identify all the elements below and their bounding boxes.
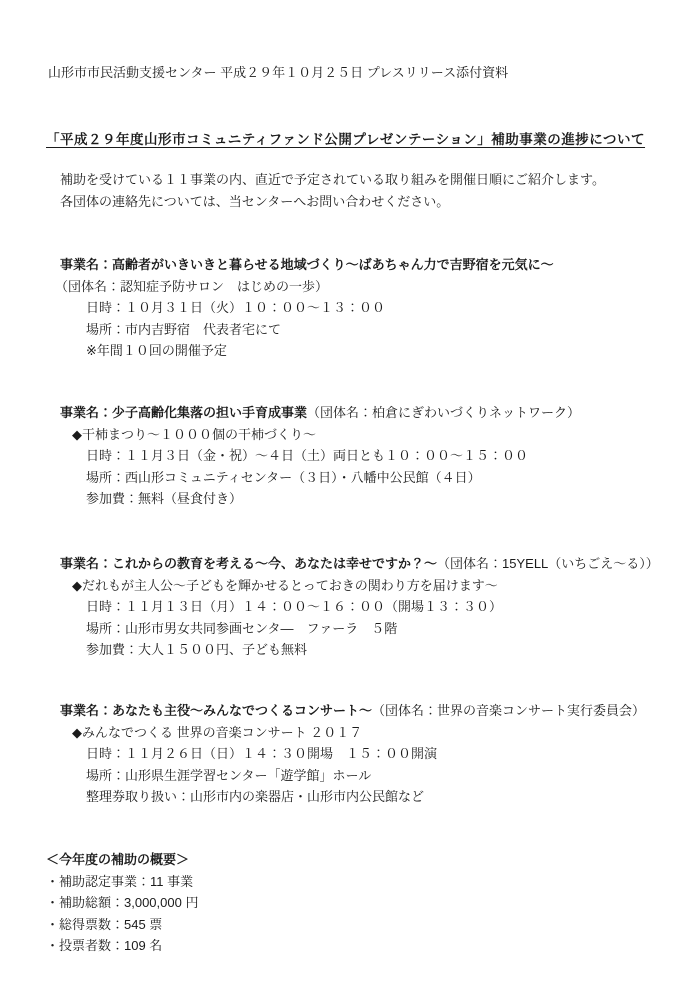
project-name: 事業名：あなたも主役～みんなでつくるコンサート～（団体名：世界の音楽コンサート実… — [60, 700, 645, 722]
project-datetime: 日時：１０月３１日（火）１０：００～１３：００ — [86, 297, 554, 319]
project-subtitle: ◆だれもが主人公～子どもを輝かせるとっておきの関わり方を届けます～ — [72, 575, 659, 597]
project-section-3: 事業名：これからの教育を考える～今、あなたは幸せですか？～（団体名：15YELL… — [60, 553, 659, 661]
summary-item-total-votes: ・総得票数：545 票 — [46, 914, 198, 936]
project-name-text: 事業名：あなたも主役～みんなでつくるコンサート～ — [60, 703, 372, 718]
document-header: 山形市市民活動支援センター 平成２９年１０月２５日 プレスリリース添付資料 — [48, 64, 508, 81]
project-name: 事業名：これからの教育を考える～今、あなたは幸せですか？～（団体名：15YELL… — [60, 553, 659, 575]
project-place: 場所：市内吉野宿 代表者宅にて — [86, 319, 554, 341]
project-fee: 参加費：無料（昼食付き） — [86, 488, 580, 510]
intro-line: 補助を受けている１１事業の内、直近で予定されている取り組みを開催日順にご紹介しま… — [60, 169, 605, 191]
project-tickets: 整理券取り扱い：山形市内の楽器店・山形市内公民館など — [86, 786, 645, 808]
project-place: 場所：山形市男女共同参画センタ― ファーラ ５階 — [86, 618, 659, 640]
project-name: 事業名：少子高齢化集落の担い手育成事業（団体名：柏倉にぎわいづくりネットワーク） — [60, 402, 580, 424]
summary-item-approved-projects: ・補助認定事業：11 事業 — [46, 871, 198, 893]
press-release-document: 山形市市民活動支援センター 平成２９年１０月２５日 プレスリリース添付資料 「平… — [0, 0, 700, 989]
intro-paragraph: 補助を受けている１１事業の内、直近で予定されている取り組みを開催日順にご紹介しま… — [60, 169, 605, 212]
summary-item-voter-count: ・投票者数：109 名 — [46, 935, 198, 957]
summary-section: ＜今年度の補助の概要＞ ・補助認定事業：11 事業 ・補助総額：3,000,00… — [46, 849, 198, 957]
project-datetime: 日時：１１月１３日（月）１４：００～１６：００（開場１３：３０） — [86, 596, 659, 618]
project-fee: 参加費：大人１５００円、子ども無料 — [86, 639, 659, 661]
project-section-2: 事業名：少子高齢化集落の担い手育成事業（団体名：柏倉にぎわいづくりネットワーク）… — [60, 402, 580, 510]
project-organization: （団体名：15YELL（いちごえ～る）） — [437, 556, 659, 571]
project-organization: （団体名：認知症予防サロン はじめの一歩） — [55, 276, 554, 298]
project-name-text: 事業名：高齢者がいきいきと暮らせる地域づくり～ばあちゃん力で吉野宿を元気に～ — [60, 257, 554, 272]
project-subtitle: ◆干柿まつり～１０００個の干柿づくり～ — [72, 424, 580, 446]
project-place: 場所：西山形コミュニティセンター（３日）・八幡中公民館（４日） — [86, 467, 580, 489]
project-section-1: 事業名：高齢者がいきいきと暮らせる地域づくり～ばあちゃん力で吉野宿を元気に～ （… — [60, 254, 554, 362]
project-note: ※年間１０回の開催予定 — [86, 340, 554, 362]
summary-item-total-subsidy: ・補助総額：3,000,000 円 — [46, 892, 198, 914]
project-organization: （団体名：世界の音楽コンサート実行委員会） — [372, 703, 645, 718]
project-name: 事業名：高齢者がいきいきと暮らせる地域づくり～ばあちゃん力で吉野宿を元気に～ — [60, 254, 554, 276]
project-place: 場所：山形県生涯学習センター「遊学館」ホール — [86, 765, 645, 787]
project-name-text: 事業名：これからの教育を考える～今、あなたは幸せですか？～ — [60, 556, 437, 571]
project-subtitle: ◆みんなでつくる 世界の音楽コンサート ２０１７ — [72, 722, 645, 744]
project-organization: （団体名：柏倉にぎわいづくりネットワーク） — [307, 405, 580, 420]
project-datetime: 日時：１１月３日（金・祝）～４日（土）両日とも１０：００～１５：００ — [86, 445, 580, 467]
summary-heading: ＜今年度の補助の概要＞ — [46, 849, 198, 871]
document-title: 「平成２９年度山形市コミュニティファンド公開プレゼンテーション」補助事業の進捗に… — [46, 128, 645, 148]
project-section-4: 事業名：あなたも主役～みんなでつくるコンサート～（団体名：世界の音楽コンサート実… — [60, 700, 645, 808]
intro-line: 各団体の連絡先については、当センターへお問い合わせください。 — [60, 191, 605, 213]
project-datetime: 日時：１１月２６日（日）１４：３０開場 １５：００開演 — [86, 743, 645, 765]
project-name-text: 事業名：少子高齢化集落の担い手育成事業 — [60, 405, 307, 420]
